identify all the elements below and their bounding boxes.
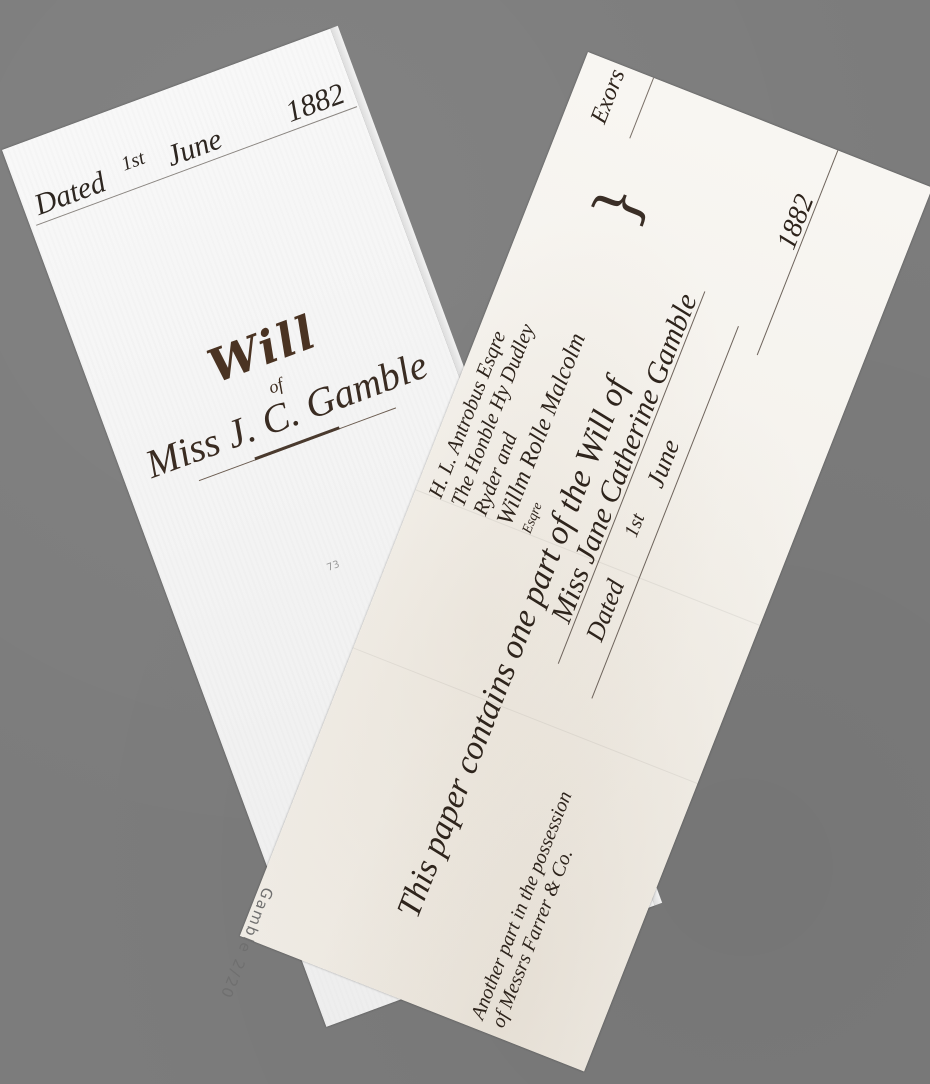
dated-label: Dated — [30, 165, 111, 222]
archive-reference: Gamble 2/20 — [216, 885, 276, 1002]
dated-month: June — [162, 122, 227, 174]
endorsement-dated-day: 1st — [620, 511, 650, 541]
executors-brace: } — [580, 174, 659, 235]
pencil-mark: 73 — [326, 559, 342, 574]
endorsement-year: 1882 — [771, 190, 821, 254]
title-block: Will of Miss J. C. Gamble — [89, 263, 462, 505]
dated-line: Dated 1st June 1882 — [18, 57, 357, 225]
dated-day: 1st — [118, 146, 148, 176]
dated-year: 1882 — [281, 74, 357, 129]
